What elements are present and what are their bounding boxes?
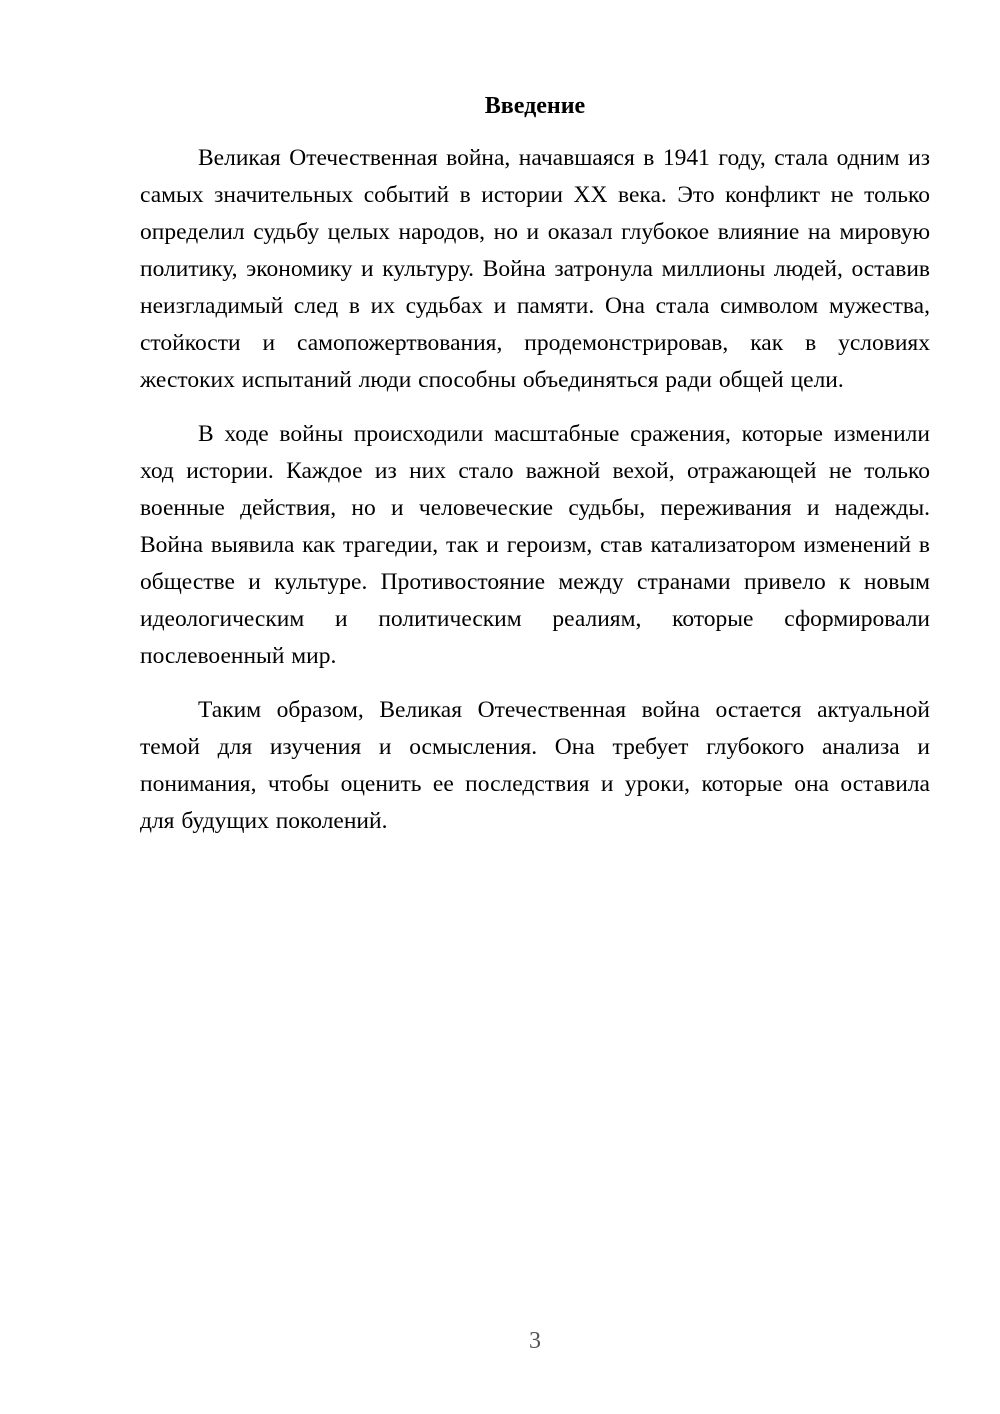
page-number: 3: [529, 1328, 541, 1354]
paragraph-3: Таким образом, Великая Отечественная вой…: [140, 692, 930, 840]
paragraph-2: В ходе войны происходили масштабные сраж…: [140, 416, 930, 675]
document-page: Введение Великая Отечественная война, на…: [0, 0, 1000, 1414]
paragraph-1: Великая Отечественная война, начавшаяся …: [140, 140, 930, 399]
page-title: Введение: [140, 88, 930, 125]
page-footer: 3: [140, 1326, 930, 1356]
